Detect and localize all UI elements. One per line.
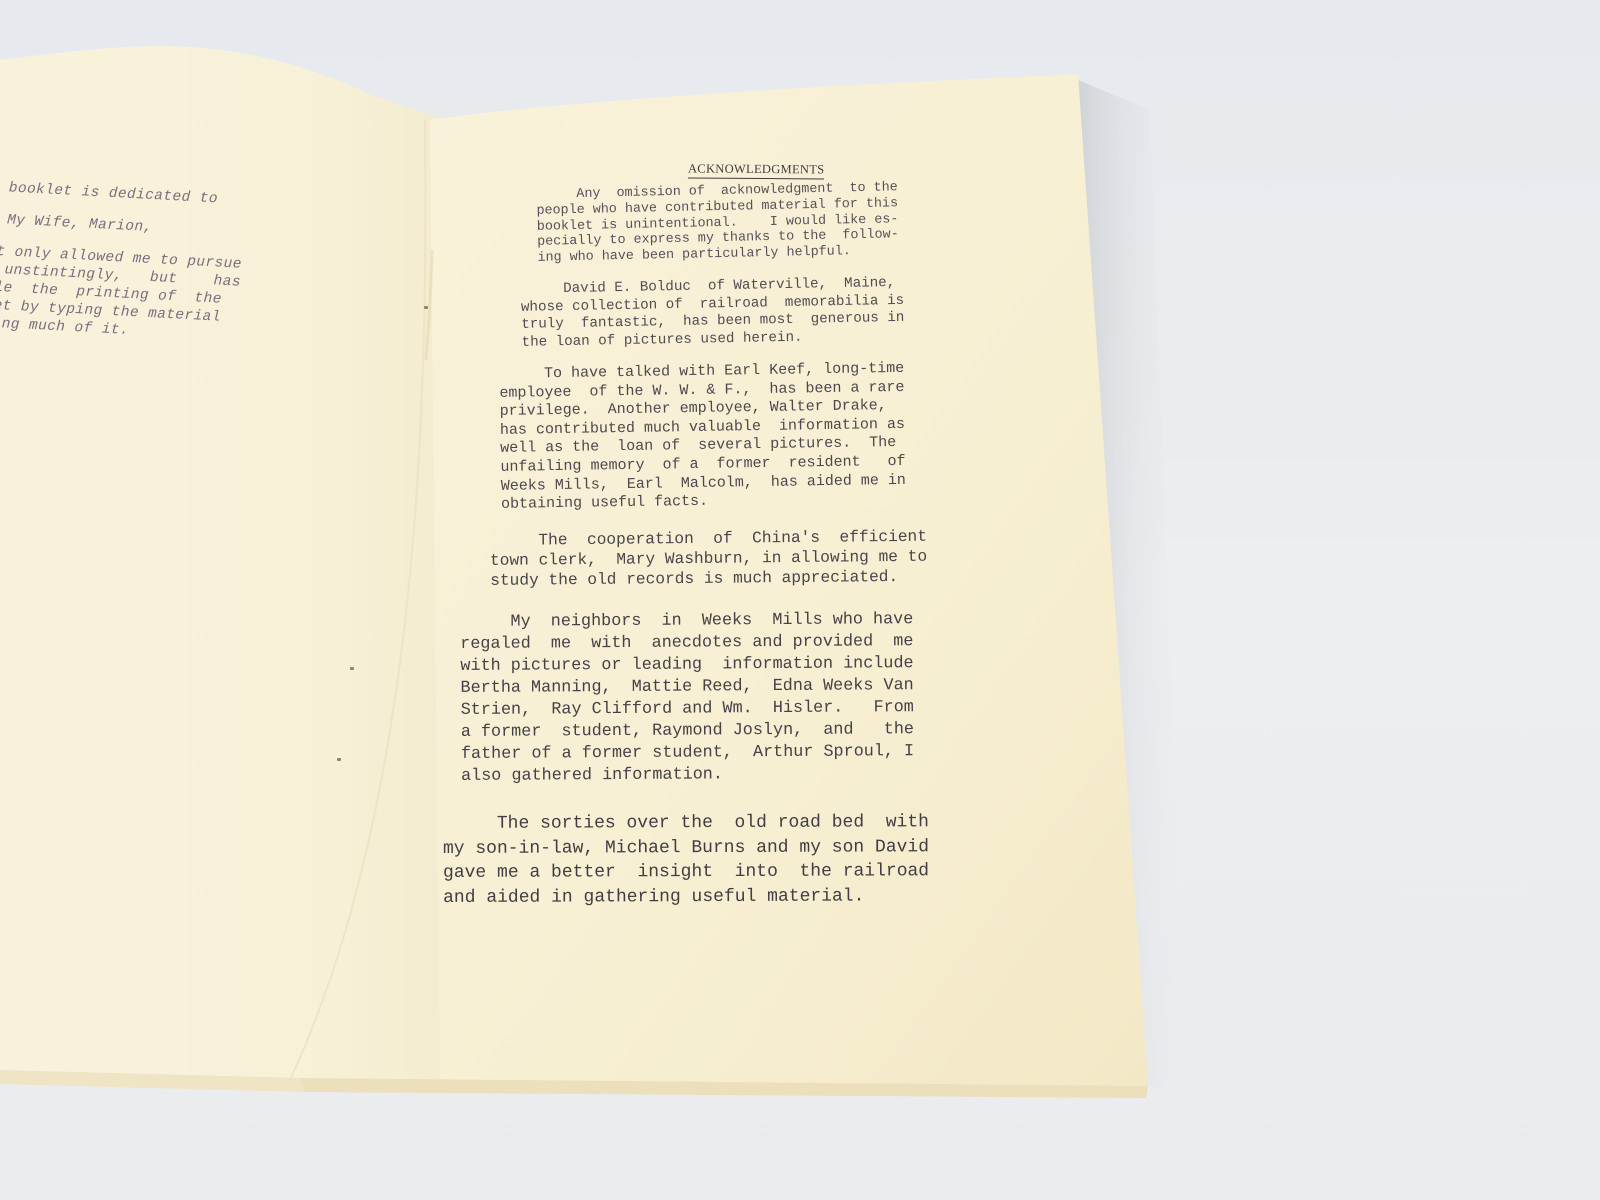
text-line: Strien, Ray Clifford and Wm. Hisler. Fro… bbox=[451, 697, 914, 722]
text-line: My neighbors in Weeks Mills who have bbox=[450, 609, 913, 634]
text-line: a former student, Raymond Joslyn, and th… bbox=[451, 719, 914, 744]
paragraph-keef-drake-malcolm: To have talked with Earl Keef, long-time… bbox=[490, 360, 906, 515]
text-line: also gathered information. bbox=[451, 763, 914, 788]
paragraph-sorties: The sorties over the old road bed with m… bbox=[432, 810, 929, 910]
text-line: regaled me with anecdotes and provided m… bbox=[450, 631, 913, 656]
text-line: study the old records is much appreciate… bbox=[480, 567, 927, 591]
paragraph-neighbors: My neighbors in Weeks Mills who have reg… bbox=[450, 609, 914, 788]
paragraph-bolduc: David E. Bolduc of Waterville, Maine, wh… bbox=[512, 275, 905, 353]
text-line: my son-in-law, Michael Burns and my son … bbox=[432, 835, 929, 861]
paragraph-town-clerk: The cooperation of China's efficient tow… bbox=[480, 527, 927, 592]
text-line: father of a former student, Arthur Sprou… bbox=[451, 741, 914, 766]
paragraph-omission: Any omission of acknowledgment to the pe… bbox=[528, 180, 899, 267]
text-line: and aided in gathering useful material. bbox=[432, 884, 929, 910]
text-line: gave me a better insight into the railro… bbox=[432, 859, 929, 885]
photo-scene: is booklet is dedicated to My Wife, Mari… bbox=[0, 0, 1600, 1200]
text-line: Bertha Manning, Mattie Reed, Edna Weeks … bbox=[450, 675, 913, 700]
acknowledgments-heading: ACKNOWLEDGMENTS bbox=[688, 162, 825, 180]
text-line: with pictures or leading information inc… bbox=[450, 653, 913, 678]
text-line: The sorties over the old road bed with bbox=[432, 810, 929, 836]
acknowledgments-page: ACKNOWLEDGMENTS Any omission of acknowle… bbox=[0, 0, 1600, 1200]
